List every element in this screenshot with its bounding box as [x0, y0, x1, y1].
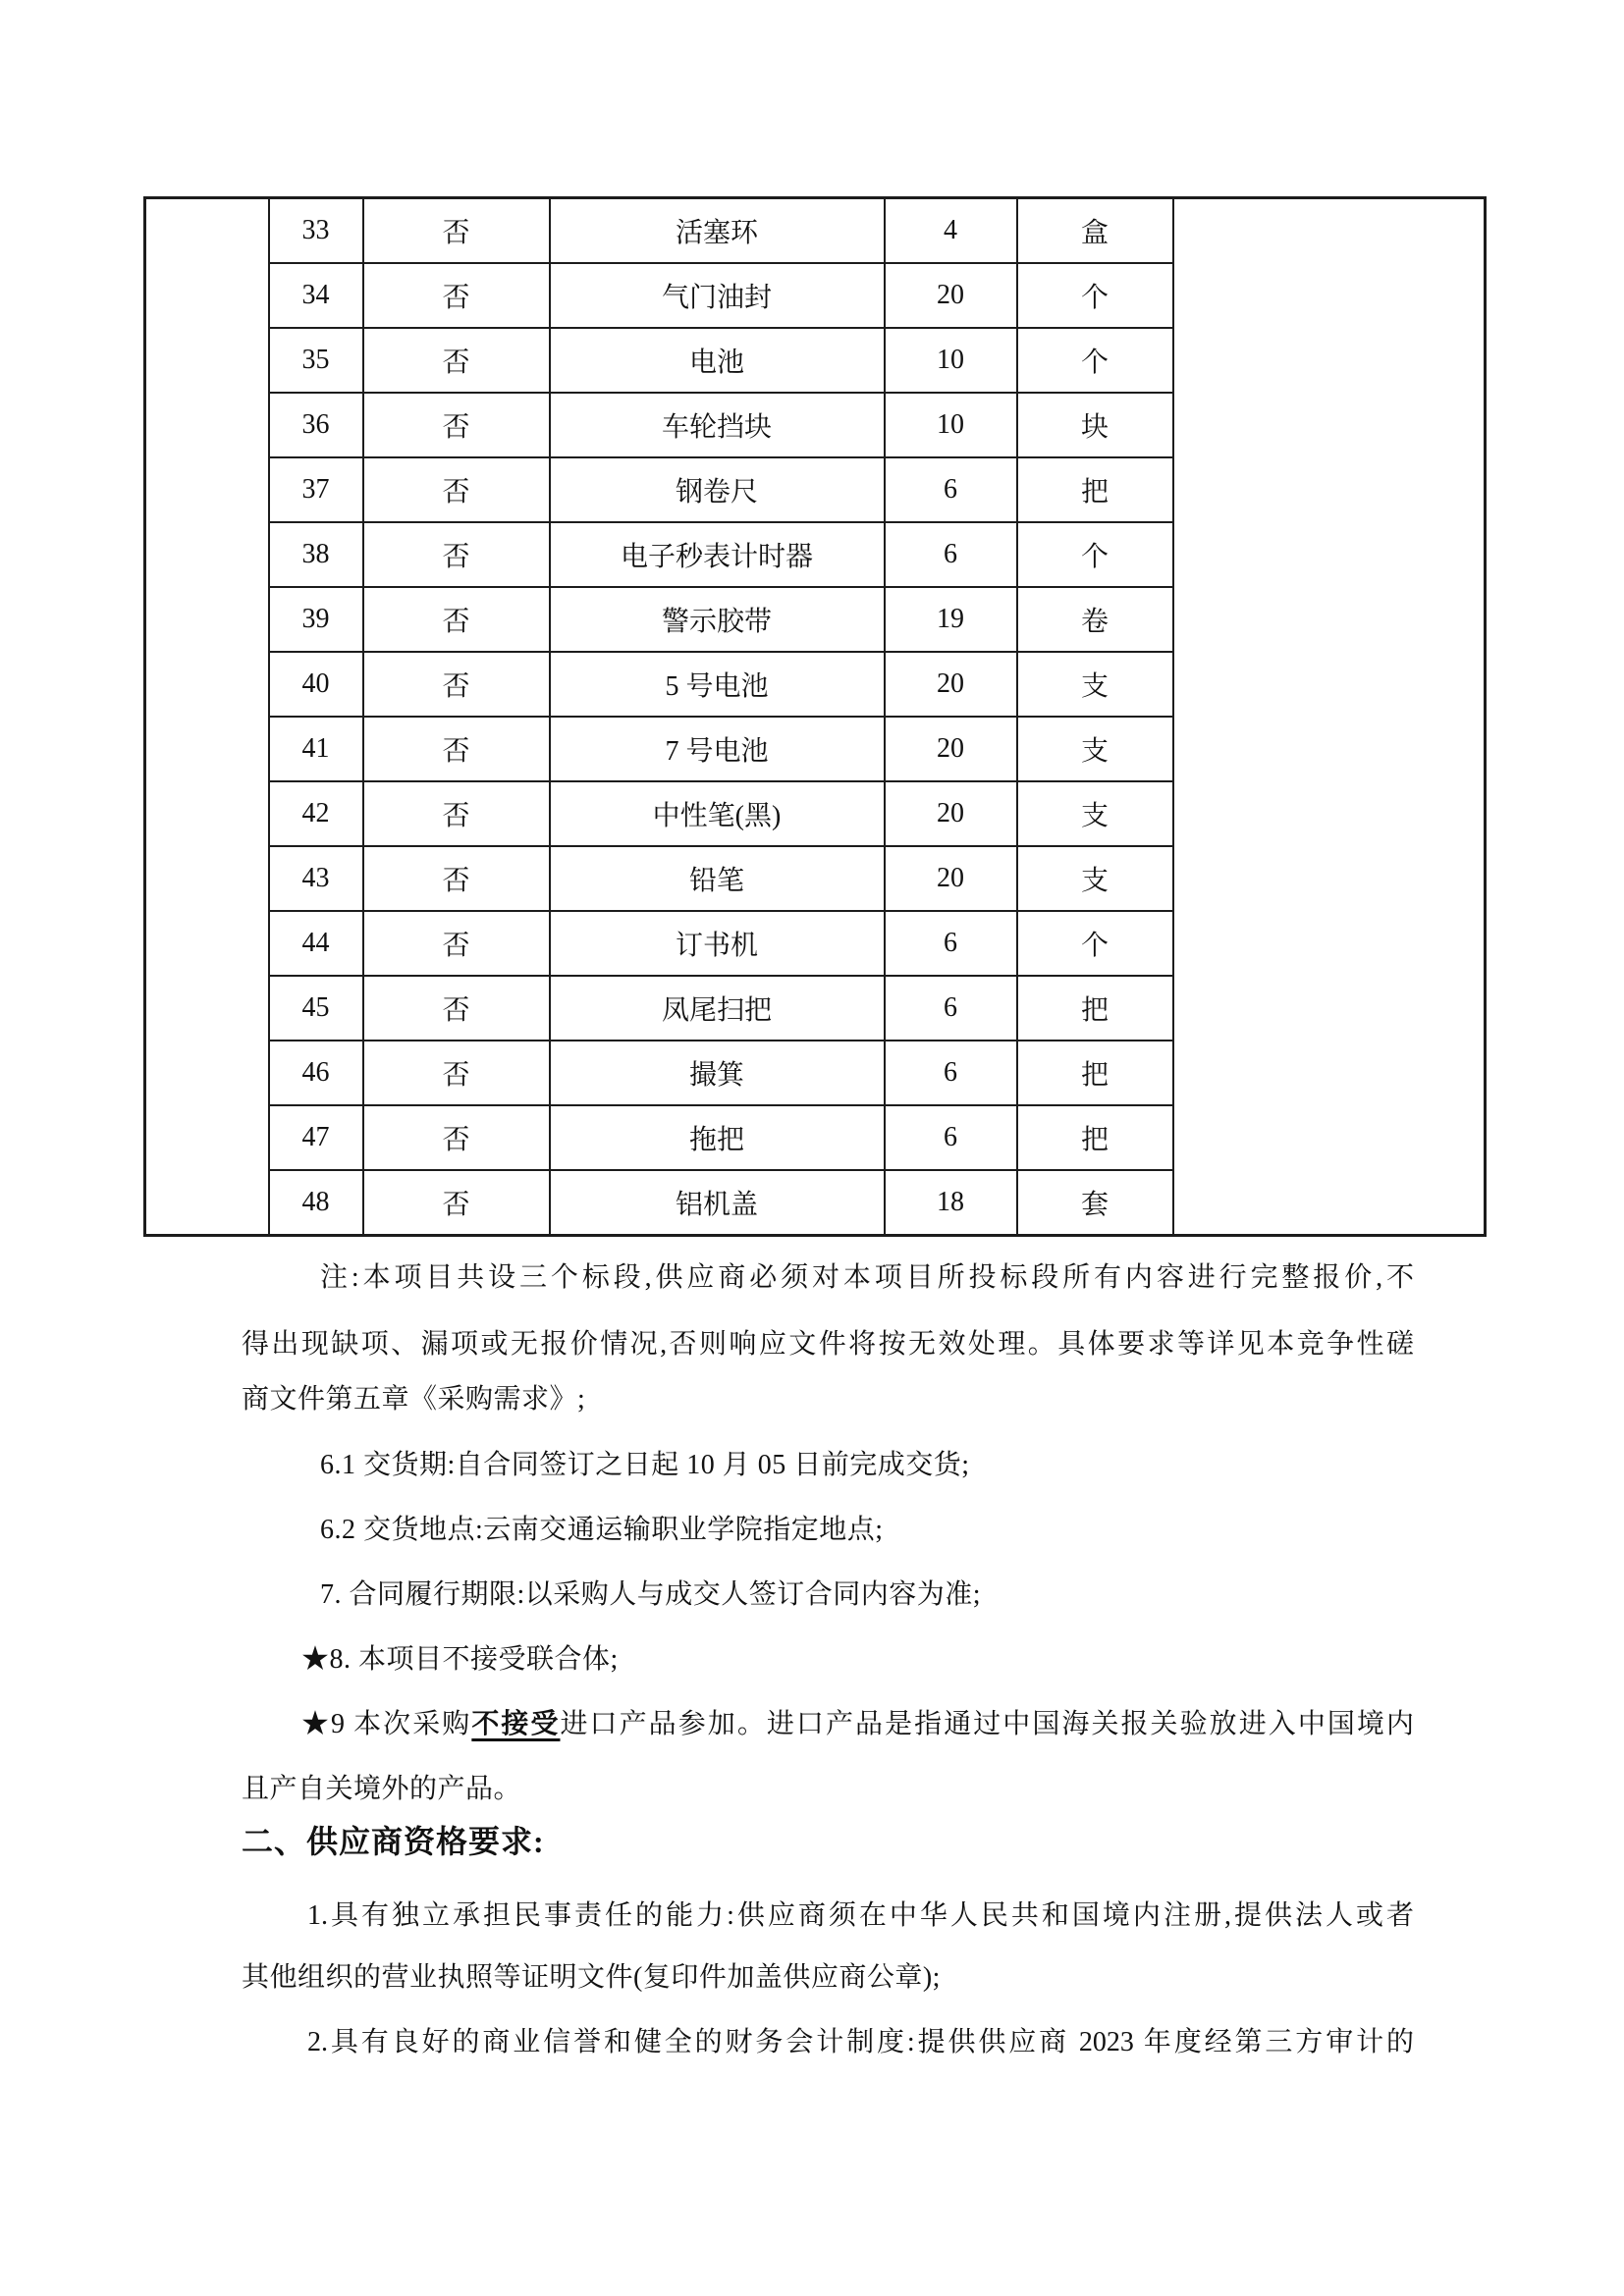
item-no: 35 [269, 328, 363, 393]
requirement-1-line-1: 1.具有独立承担民事责任的能力:供应商须在中华人民共和国境内注册,提供法人或者 [307, 1899, 1414, 1933]
item-name: 电子秒表计时器 [550, 522, 885, 587]
item-name: 车轮挡块 [550, 393, 885, 457]
item-name: 撮箕 [550, 1041, 885, 1105]
item-qty: 10 [885, 393, 1017, 457]
item-import-flag: 否 [363, 1170, 550, 1236]
item-qty: 20 [885, 846, 1017, 911]
item-name: 铝机盖 [550, 1170, 885, 1236]
requirement-1-line-2: 其他组织的营业执照等证明文件(复印件加盖供应商公章); [242, 1961, 941, 1995]
item-unit: 个 [1017, 263, 1173, 328]
item-qty: 20 [885, 652, 1017, 717]
clause-9-prefix: ★9 本次采购 [301, 1709, 471, 1739]
clause-9-line-1: ★9 本次采购不接受进口产品参加。进口产品是指通过中国海关报关验放进入中国境内 [301, 1708, 1414, 1741]
item-no: 44 [269, 911, 363, 976]
item-qty: 20 [885, 781, 1017, 846]
item-no: 36 [269, 393, 363, 457]
table-row: 33 否 活塞环 4 盒 [145, 198, 1486, 264]
item-no: 42 [269, 781, 363, 846]
document-page: 33 否 活塞环 4 盒 34 否 气门油封 20 个 35 否 电池 10 个 [0, 0, 1624, 2296]
clause-9-suffix: 进口产品参加。进口产品是指通过中国海关报关验放进入中国境内 [561, 1709, 1414, 1739]
item-unit: 把 [1017, 976, 1173, 1041]
item-import-flag: 否 [363, 587, 550, 652]
item-import-flag: 否 [363, 457, 550, 522]
item-import-flag: 否 [363, 263, 550, 328]
item-qty: 6 [885, 522, 1017, 587]
item-no: 34 [269, 263, 363, 328]
note-line-2: 得出现缺项、漏项或无报价情况,否则响应文件将按无效处理。具体要求等详见本竞争性磋 [242, 1328, 1414, 1362]
item-name: 钢卷尺 [550, 457, 885, 522]
item-no: 41 [269, 717, 363, 781]
item-qty: 18 [885, 1170, 1017, 1236]
item-unit: 支 [1017, 846, 1173, 911]
item-qty: 6 [885, 1041, 1017, 1105]
item-unit: 个 [1017, 911, 1173, 976]
item-qty: 19 [885, 587, 1017, 652]
item-no: 40 [269, 652, 363, 717]
item-import-flag: 否 [363, 652, 550, 717]
right-merged-cell [1173, 198, 1486, 1236]
clause-9-no-accept-emphasis: 不接受 [471, 1709, 560, 1739]
clause-6-1: 6.1 交货期:自合同签订之日起 10 月 05 日前完成交货; [320, 1449, 970, 1482]
item-qty: 6 [885, 911, 1017, 976]
item-no: 48 [269, 1170, 363, 1236]
item-qty: 4 [885, 198, 1017, 264]
item-no: 38 [269, 522, 363, 587]
clause-7: 7. 合同履行期限:以采购人与成交人签订合同内容为准; [320, 1578, 981, 1612]
item-import-flag: 否 [363, 846, 550, 911]
item-unit: 块 [1017, 393, 1173, 457]
item-unit: 支 [1017, 717, 1173, 781]
item-unit: 套 [1017, 1170, 1173, 1236]
item-qty: 20 [885, 263, 1017, 328]
item-name: 7 号电池 [550, 717, 885, 781]
item-unit: 把 [1017, 1041, 1173, 1105]
item-import-flag: 否 [363, 1041, 550, 1105]
left-merged-cell [145, 198, 269, 1236]
item-import-flag: 否 [363, 781, 550, 846]
item-import-flag: 否 [363, 1105, 550, 1170]
item-name: 订书机 [550, 911, 885, 976]
item-unit: 把 [1017, 457, 1173, 522]
item-import-flag: 否 [363, 393, 550, 457]
requirement-2-line-1: 2.具有良好的商业信誉和健全的财务会计制度:提供供应商 2023 年度经第三方审… [307, 2026, 1414, 2059]
item-no: 39 [269, 587, 363, 652]
item-unit: 个 [1017, 328, 1173, 393]
note-line-3: 商文件第五章《采购需求》; [242, 1383, 585, 1416]
item-qty: 6 [885, 976, 1017, 1041]
item-qty: 6 [885, 457, 1017, 522]
items-table: 33 否 活塞环 4 盒 34 否 气门油封 20 个 35 否 电池 10 个 [143, 196, 1487, 1237]
item-import-flag: 否 [363, 522, 550, 587]
item-name: 电池 [550, 328, 885, 393]
item-no: 45 [269, 976, 363, 1041]
item-unit: 把 [1017, 1105, 1173, 1170]
item-qty: 6 [885, 1105, 1017, 1170]
clause-6-2: 6.2 交货地点:云南交通运输职业学院指定地点; [320, 1514, 884, 1547]
item-name: 5 号电池 [550, 652, 885, 717]
item-name: 铅笔 [550, 846, 885, 911]
item-unit: 卷 [1017, 587, 1173, 652]
item-no: 37 [269, 457, 363, 522]
item-unit: 支 [1017, 652, 1173, 717]
item-no: 46 [269, 1041, 363, 1105]
item-unit: 个 [1017, 522, 1173, 587]
item-name: 中性笔(黑) [550, 781, 885, 846]
item-no: 43 [269, 846, 363, 911]
item-import-flag: 否 [363, 198, 550, 264]
section-2-heading: 二、供应商资格要求: [242, 1822, 545, 1861]
item-import-flag: 否 [363, 328, 550, 393]
item-name: 凤尾扫把 [550, 976, 885, 1041]
clause-9-line-2: 且产自关境外的产品。 [242, 1773, 521, 1806]
item-qty: 20 [885, 717, 1017, 781]
item-no: 47 [269, 1105, 363, 1170]
item-name: 活塞环 [550, 198, 885, 264]
item-unit: 支 [1017, 781, 1173, 846]
item-unit: 盒 [1017, 198, 1173, 264]
item-no: 33 [269, 198, 363, 264]
item-name: 气门油封 [550, 263, 885, 328]
item-import-flag: 否 [363, 911, 550, 976]
note-line-1: 注:本项目共设三个标段,供应商必须对本项目所投标段所有内容进行完整报价,不 [320, 1261, 1414, 1295]
item-name: 拖把 [550, 1105, 885, 1170]
item-import-flag: 否 [363, 976, 550, 1041]
item-name: 警示胶带 [550, 587, 885, 652]
clause-8: ★8. 本项目不接受联合体; [301, 1643, 619, 1677]
item-import-flag: 否 [363, 717, 550, 781]
item-qty: 10 [885, 328, 1017, 393]
